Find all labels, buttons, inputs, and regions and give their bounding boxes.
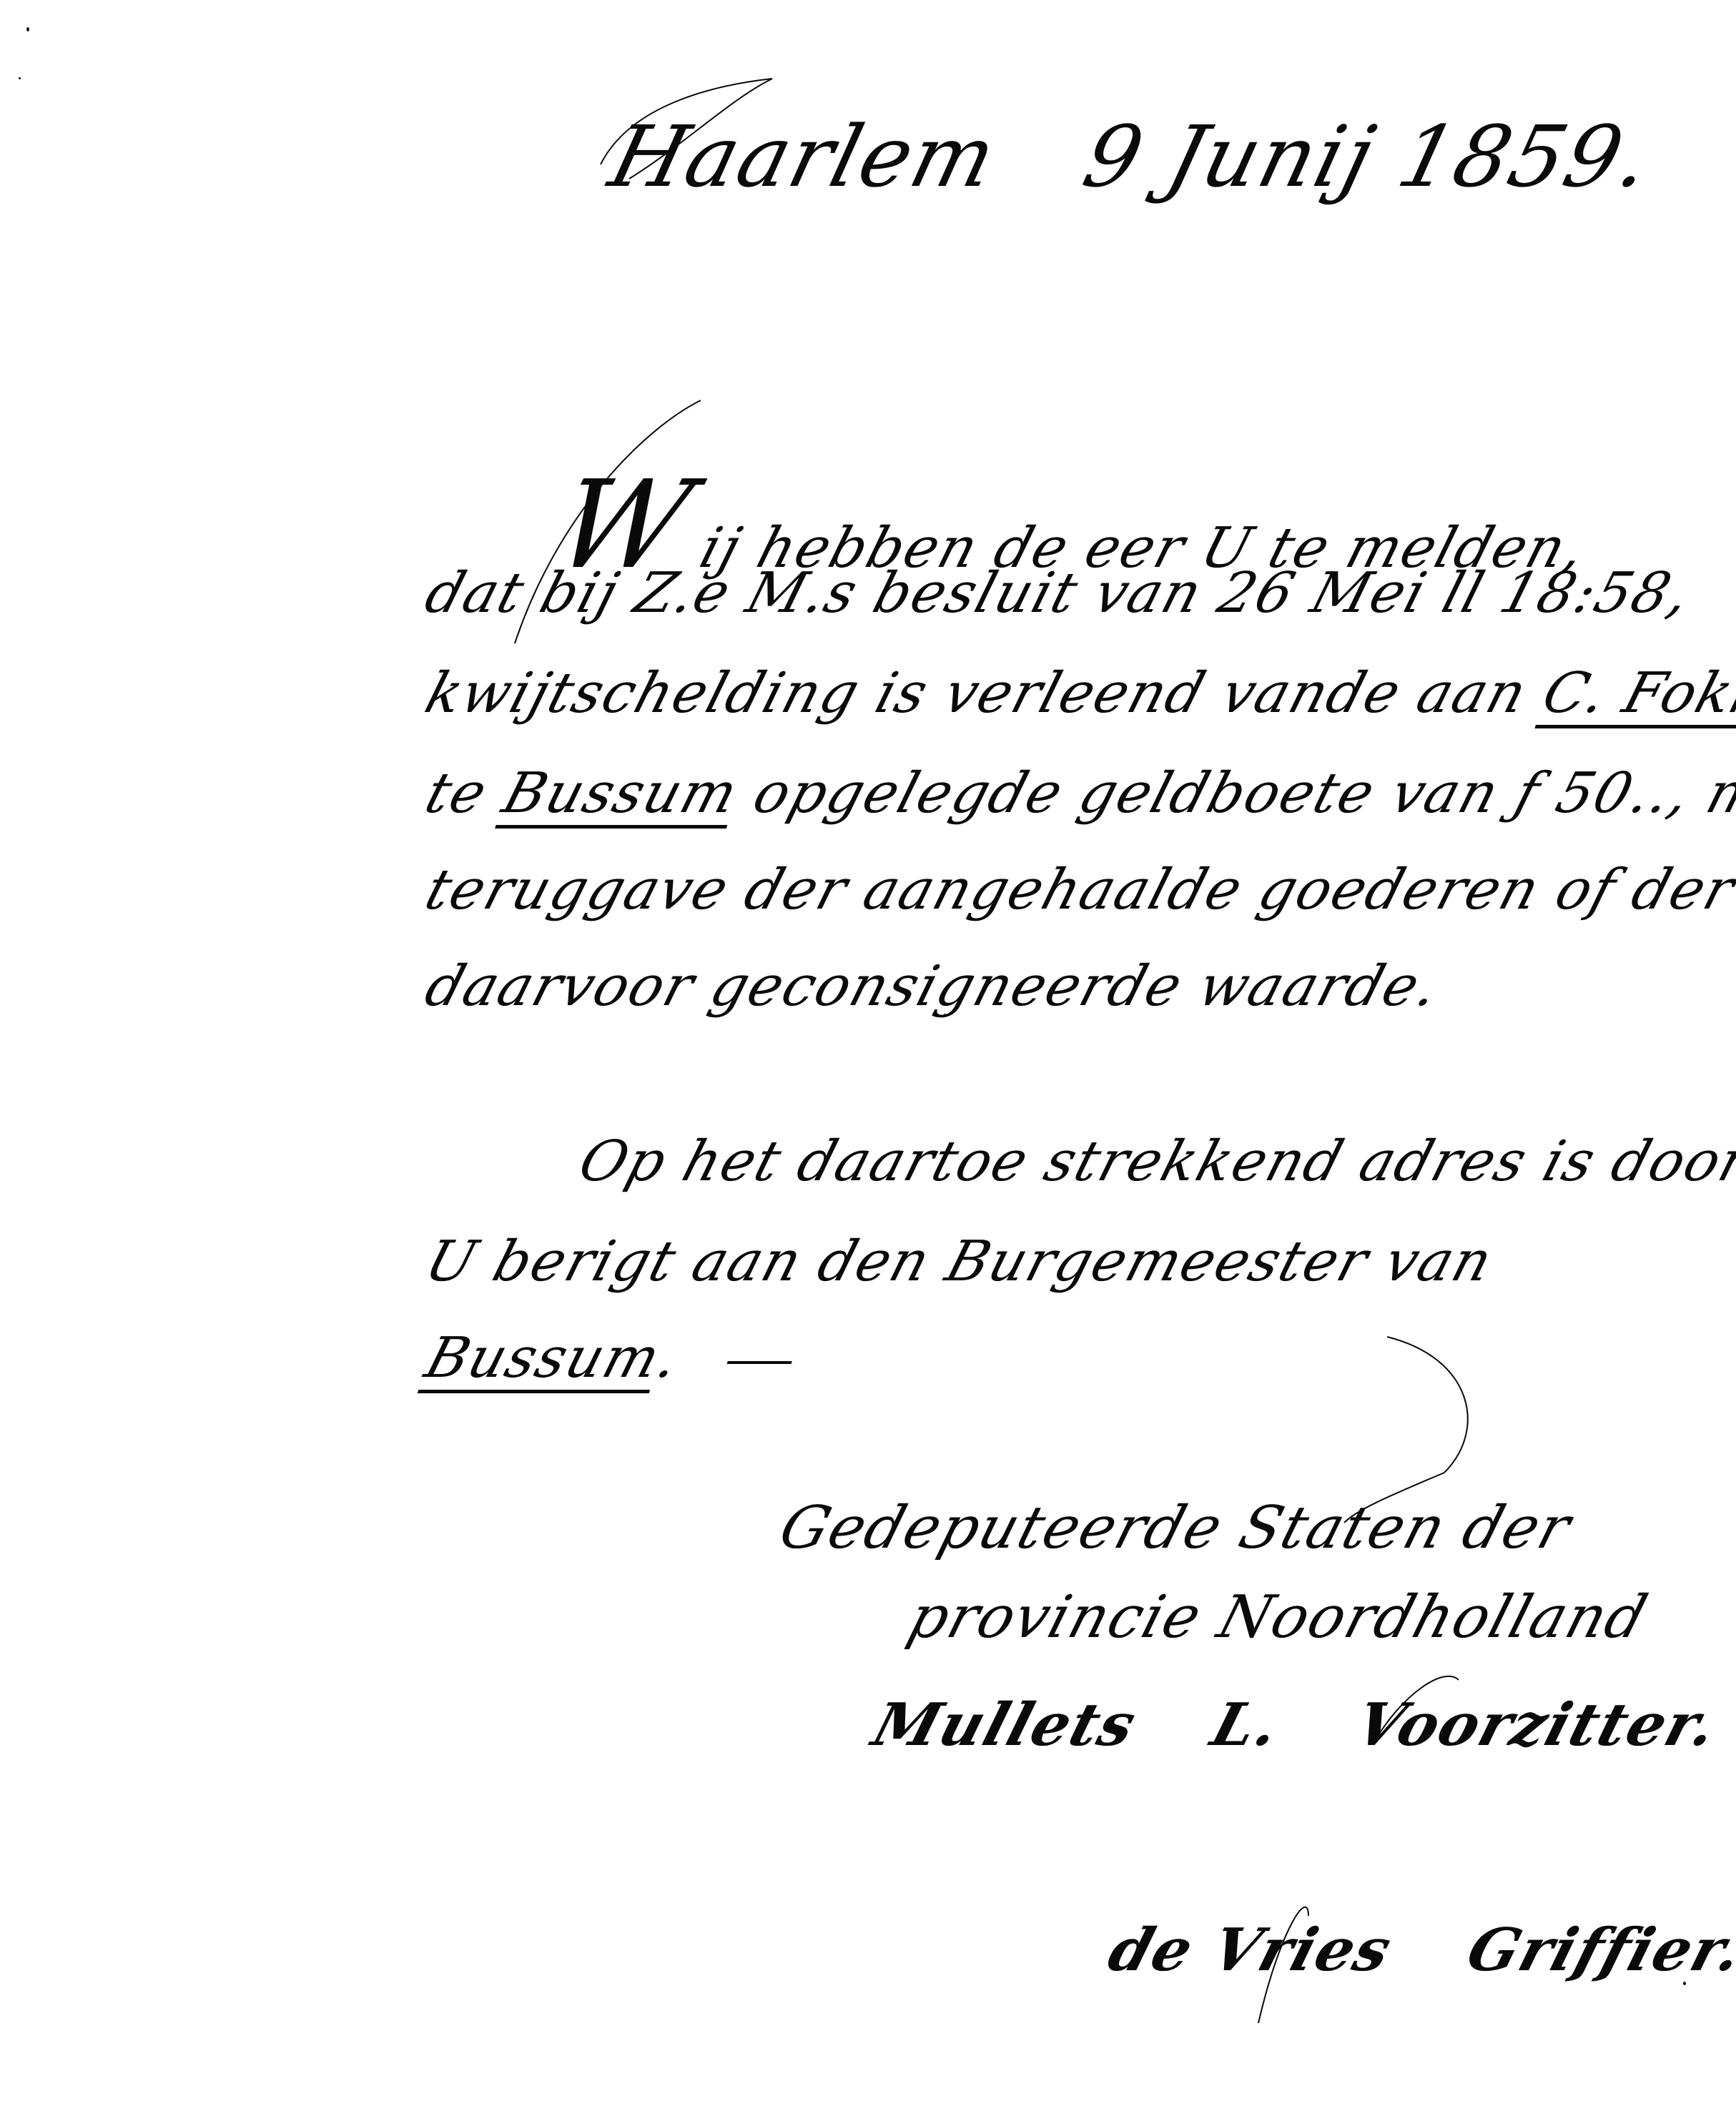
- paragraph-2-line-2: U berigt aan den Burgemeester van: [418, 1230, 1501, 1294]
- signature-clerk: de Vries Griffier.: [1101, 1916, 1736, 1984]
- scan-speck: [19, 77, 21, 79]
- closing-dash: [726, 1361, 791, 1364]
- scan-speck: [944, 1014, 946, 1016]
- paragraph-1-line-2: dat bij Z.e M.s besluit van 26 Mei ll 18…: [418, 561, 1698, 626]
- letter-page: Haarlem 9 Junij 1859. Wij hebben de eer …: [0, 0, 1736, 2101]
- pen-flourish-icon: [0, 0, 1736, 2101]
- paragraph-1-line-3: kwijtschelding is verleend vande aan C. …: [418, 661, 1736, 726]
- scan-speck: [1683, 1982, 1686, 1985]
- scan-speck: [26, 27, 29, 31]
- letter-date: 9 Junij 1859.: [1075, 107, 1662, 206]
- signature-chairman: Mullets L. Voorzitter.: [865, 1691, 1725, 1759]
- signature-initial: L.: [1204, 1691, 1288, 1759]
- closing-line-2: provincie Noordholland: [901, 1583, 1655, 1651]
- closing-line-1: Gedeputeerde Staten der: [772, 1494, 1579, 1562]
- paragraph-2-line-1: Op het daartoe strekkend adres is door,: [572, 1129, 1736, 1194]
- town-name: Bussum: [418, 1326, 669, 1390]
- signature-title: Voorzitter.: [1348, 1691, 1725, 1759]
- paragraph-1-line-4: te Bussum opgelegde geldboete van ƒ 50..…: [418, 761, 1736, 826]
- paragraph-2-line-3: Bussum.: [418, 1326, 802, 1390]
- signature-name: de Vries: [1101, 1916, 1400, 1984]
- signature-name: Mullets: [865, 1691, 1144, 1759]
- place-name: Haarlem: [601, 107, 1007, 206]
- signature-title: Griffier.: [1460, 1916, 1736, 1984]
- town-name: Bussum: [495, 761, 746, 826]
- dateline: Haarlem 9 Junij 1859.: [601, 107, 1662, 206]
- recipient-name: C. Fokker: [1536, 661, 1736, 726]
- paragraph-1-line-5: teruggave der aangehaalde goederen of de…: [418, 858, 1736, 922]
- paragraph-1-line-6: daarvoor geconsigneerde waarde.: [418, 954, 1447, 1019]
